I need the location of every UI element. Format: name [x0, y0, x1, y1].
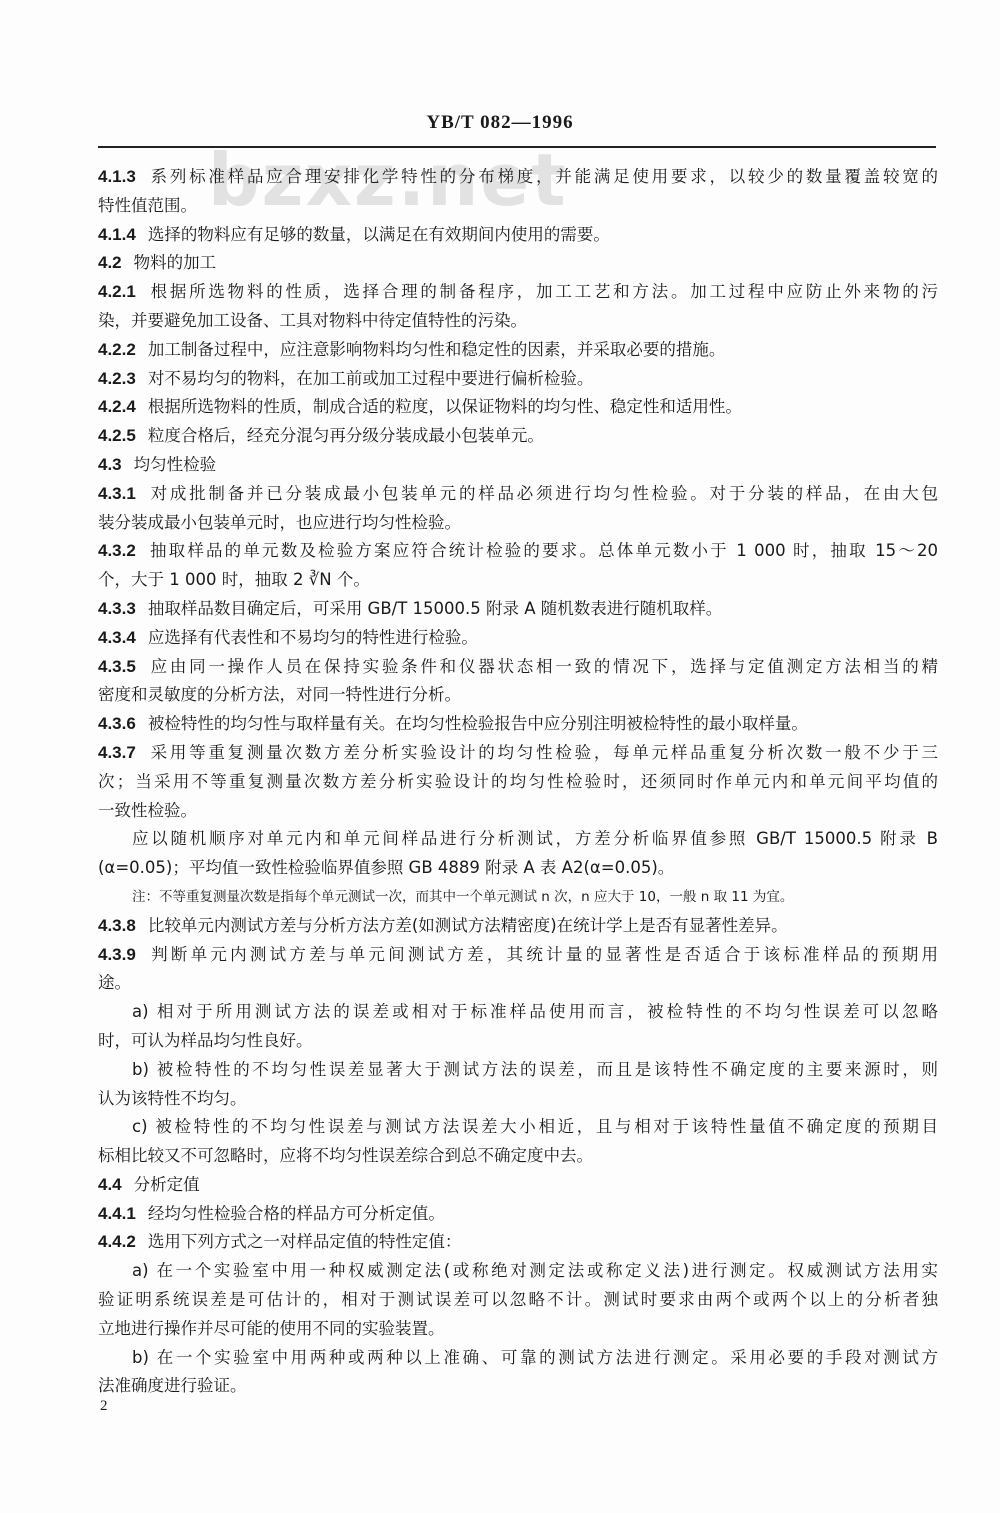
note-line: 注：不等重复测量次数是指每个单元测试一次，而其中一个单元测试 n 次，n 应大于… [98, 883, 938, 912]
clause-line: 4.1.4选择的物料应有足够的数量，以满足在有效期间内使用的需要。 [98, 221, 938, 250]
clause-line: 4.3.4应选择有代表性和不易均匀的特性进行检验。 [98, 624, 938, 653]
clause-line: 4.3.9判断单元内测试方差与单元间测试方差，其统计量的显著性是否适合于该标准样… [98, 941, 938, 970]
clause-number: 4.2.3 [98, 365, 136, 394]
text-line: 次；当采用不等重复测量次数方差分析实验设计的均匀性检验时，还须同时作单元内和单元… [98, 768, 938, 797]
clause-number: 4.3.3 [98, 595, 136, 624]
clause-line: 4.3.6被检特性的均匀性与取样量有关。在均匀性检验报告中应分别注明被检特性的最… [98, 710, 938, 739]
text-line: 密度和灵敏度的分析方法，对同一特性进行分析。 [98, 681, 938, 710]
clause-text: b) 在一个实验室中用两种或两种以上准确、可靠的测试方法进行测定。采用必要的手段… [132, 1348, 938, 1367]
clause-text: 物料的加工 [134, 253, 217, 272]
clause-number: 4.2.1 [98, 278, 136, 307]
clause-line: 4.3.1对成批制备并已分装成最小包装单元的样品必须进行均匀性检验。对于分装的样… [98, 480, 938, 509]
clause-line: 4.4.1经均匀性检验合格的样品方可分析定值。 [98, 1200, 938, 1229]
clause-text: 抽取样品的单元数及检验方案应符合统计检验的要求。总体单元数小于 1 000 时，… [148, 541, 938, 560]
clause-line: 4.4分析定值 [98, 1171, 938, 1200]
clause-line: 4.2.1根据所选物料的性质，选择合理的制备程序，加工工艺和方法。加工过程中应防… [98, 278, 938, 307]
clause-number: 4.2.4 [98, 393, 136, 422]
clause-number: 4.3 [98, 451, 122, 480]
text-line: 个，大于 1 000 时，抽取 2 ∛N 个。 [98, 566, 938, 595]
text-line: 认为该特性不均匀。 [98, 1085, 938, 1114]
clause-line: 4.2.3对不易均匀的物料，在加工前或加工过程中要进行偏析检验。 [98, 365, 938, 394]
clause-text: 粒度合格后，经充分混匀再分级分装成最小包装单元。 [148, 426, 544, 445]
clause-text: a) 相对于所用测试方法的误差或相对于标准样品使用而言，被检特性的不均匀性误差可… [132, 1002, 938, 1021]
clause-line: 4.3.5应由同一操作人员在保持实验条件和仪器状态相一致的情况下，选择与定值测定… [98, 653, 938, 682]
text-line: b) 在一个实验室中用两种或两种以上准确、可靠的测试方法进行测定。采用必要的手段… [98, 1344, 938, 1373]
text-line: 验证明系统误差是可估计的，相对于测试误差可以忽略不计。测试时要求由两个或两个以上… [98, 1286, 938, 1315]
clause-text: 根据所选物料的性质，制成合适的粒度，以保证物料的均匀性、稳定性和适用性。 [148, 397, 742, 416]
clause-line: 4.2.2加工制备过程中，应注意影响物料均匀性和稳定性的因素，并采取必要的措施。 [98, 336, 938, 365]
clause-number: 4.2.5 [98, 422, 136, 451]
clause-text: b) 被检特性的不均匀性误差显著大于测试方法的误差，而且是该特性不确定度的主要来… [132, 1060, 938, 1079]
text-line: c) 被检特性的不均匀性误差与测试方法误差大小相近，且与相对于该特性量值不确定度… [98, 1113, 938, 1142]
text-line: a) 在一个实验室中用一种权威测定法(或称绝对测定法或称定义法)进行测定。权威测… [98, 1257, 938, 1286]
clause-text: 分析定值 [134, 1175, 200, 1194]
clause-text: 认为该特性不均匀。 [98, 1089, 247, 1108]
clause-number: 4.3.5 [98, 653, 136, 682]
clause-line: 4.3.3抽取样品数目确定后，可采用 GB/T 15000.5 附录 A 随机数… [98, 595, 938, 624]
text-line: b) 被检特性的不均匀性误差显著大于测试方法的误差，而且是该特性不确定度的主要来… [98, 1056, 938, 1085]
clause-number: 4.3.9 [98, 941, 136, 970]
clause-text: 染，并要避免加工设备、工具对物料中待定值特性的污染。 [98, 311, 527, 330]
standard-code-header: YB/T 082—1996 [0, 112, 1000, 134]
clause-text: 根据所选物料的性质，选择合理的制备程序，加工工艺和方法。加工过程中应防止外来物的… [148, 282, 938, 301]
clause-text: 时，可认为样品均匀性良好。 [98, 1031, 313, 1050]
clause-text: 装分装成最小包装单元时，也应进行均匀性检验。 [98, 513, 461, 532]
clause-number: 4.1.4 [98, 221, 136, 250]
clause-text: 应由同一操作人员在保持实验条件和仪器状态相一致的情况下，选择与定值测定方法相当的… [148, 657, 938, 676]
text-line: 时，可认为样品均匀性良好。 [98, 1027, 938, 1056]
clause-number: 4.4.1 [98, 1200, 136, 1229]
clause-number: 4.4 [98, 1171, 122, 1200]
clause-text: (α=0.05)；平均值一致性检验临界值参照 GB 4889 附录 A 表 A2… [98, 858, 674, 877]
clause-text: 被检特性的均匀性与取样量有关。在均匀性检验报告中应分别注明被检特性的最小取样量。 [148, 714, 808, 733]
clause-text: 次；当采用不等重复测量次数方差分析实验设计的均匀性检验时，还须同时作单元内和单元… [98, 772, 938, 791]
text-line: 染，并要避免加工设备、工具对物料中待定值特性的污染。 [98, 307, 938, 336]
text-line: 一致性检验。 [98, 797, 938, 826]
document-body: 4.1.3系列标准样品应合理安排化学特性的分布梯度，并能满足使用要求，以较少的数… [98, 163, 938, 1401]
clause-line: 4.3.7采用等重复测量次数方差分析实验设计的均匀性检验，每单元样品重复分析次数… [98, 739, 938, 768]
clause-number: 4.3.7 [98, 739, 136, 768]
clause-text: 选用下列方式之一对样品定值的特性定值： [148, 1232, 462, 1251]
text-line: a) 相对于所用测试方法的误差或相对于标准样品使用而言，被检特性的不均匀性误差可… [98, 998, 938, 1027]
text-line: (α=0.05)；平均值一致性检验临界值参照 GB 4889 附录 A 表 A2… [98, 854, 938, 883]
text-line: 法准确度进行验证。 [98, 1372, 938, 1401]
clause-number: 4.3.1 [98, 480, 136, 509]
text-line: 装分装成最小包装单元时，也应进行均匀性检验。 [98, 509, 938, 538]
clause-text: 系列标准样品应合理安排化学特性的分布梯度，并能满足使用要求，以较少的数量覆盖较宽… [148, 167, 938, 186]
clause-text: 判断单元内测试方差与单元间测试方差，其统计量的显著性是否适合于该标准样品的预期用 [148, 945, 938, 964]
clause-number: 4.2 [98, 249, 122, 278]
clause-text: 验证明系统误差是可估计的，相对于测试误差可以忽略不计。测试时要求由两个或两个以上… [98, 1290, 938, 1309]
clause-text: 加工制备过程中，应注意影响物料均匀性和稳定性的因素，并采取必要的措施。 [148, 340, 726, 359]
clause-line: 4.2物料的加工 [98, 249, 938, 278]
clause-text: 一致性检验。 [98, 801, 197, 820]
clause-text: 比较单元内测试方差与分析方法方差(如测试方法精密度)在统计学上是否有显著性差异。 [148, 916, 788, 935]
text-line: 特性值范围。 [98, 192, 938, 221]
clause-number: 4.1.3 [98, 163, 136, 192]
clause-text: 经均匀性检验合格的样品方可分析定值。 [148, 1204, 445, 1223]
clause-line: 4.2.4根据所选物料的性质，制成合适的粒度，以保证物料的均匀性、稳定性和适用性… [98, 393, 938, 422]
clause-text: 法准确度进行验证。 [98, 1376, 247, 1395]
clause-number: 4.3.2 [98, 537, 136, 566]
clause-line: 4.3均匀性检验 [98, 451, 938, 480]
clause-line: 4.3.2抽取样品的单元数及检验方案应符合统计检验的要求。总体单元数小于 1 0… [98, 537, 938, 566]
clause-text: 采用等重复测量次数方差分析实验设计的均匀性检验，每单元样品重复分析次数一般不少于… [148, 743, 938, 762]
clause-text: 途。 [98, 973, 131, 992]
clause-number: 4.3.6 [98, 710, 136, 739]
clause-line: 4.3.8比较单元内测试方差与分析方法方差(如测试方法精密度)在统计学上是否有显… [98, 912, 938, 941]
clause-text: 均匀性检验 [134, 455, 217, 474]
clause-text: 选择的物料应有足够的数量，以满足在有效期间内使用的需要。 [148, 225, 610, 244]
clause-text: 密度和灵敏度的分析方法，对同一特性进行分析。 [98, 685, 461, 704]
clause-number: 4.2.2 [98, 336, 136, 365]
clause-text: 标相比较又不可忽略时，应将不均匀性误差综合到总不确定度中去。 [98, 1146, 593, 1165]
clause-line: 4.1.3系列标准样品应合理安排化学特性的分布梯度，并能满足使用要求，以较少的数… [98, 163, 938, 192]
document-page: bzxz.net YB/T 082—1996 4.1.3系列标准样品应合理安排化… [0, 0, 1000, 1513]
text-line: 应以随机顺序对单元内和单元间样品进行分析测试，方差分析临界值参照 GB/T 15… [98, 825, 938, 854]
header-rule [98, 146, 936, 148]
text-line: 标相比较又不可忽略时，应将不均匀性误差综合到总不确定度中去。 [98, 1142, 938, 1171]
clause-text: 应选择有代表性和不易均匀的特性进行检验。 [148, 628, 478, 647]
clause-text: 对不易均匀的物料，在加工前或加工过程中要进行偏析检验。 [148, 369, 594, 388]
clause-text: 个，大于 1 000 时，抽取 2 ∛N 个。 [98, 570, 370, 589]
clause-text: 抽取样品数目确定后，可采用 GB/T 15000.5 附录 A 随机数表进行随机… [148, 599, 723, 618]
clause-text: 立地进行操作并尽可能的使用不同的实验装置。 [98, 1319, 445, 1338]
clause-line: 4.4.2选用下列方式之一对样品定值的特性定值： [98, 1228, 938, 1257]
clause-number: 4.3.4 [98, 624, 136, 653]
clause-text: 注：不等重复测量次数是指每个单元测试一次，而其中一个单元测试 n 次，n 应大于… [132, 889, 793, 905]
clause-number: 4.4.2 [98, 1228, 136, 1257]
clause-text: a) 在一个实验室中用一种权威测定法(或称绝对测定法或称定义法)进行测定。权威测… [132, 1261, 938, 1280]
clause-text: 对成批制备并已分装成最小包装单元的样品必须进行均匀性检验。对于分装的样品，在由大… [148, 484, 938, 503]
text-line: 立地进行操作并尽可能的使用不同的实验装置。 [98, 1315, 938, 1344]
clause-text: 特性值范围。 [98, 196, 197, 215]
text-line: 途。 [98, 969, 938, 998]
clause-text: c) 被检特性的不均匀性误差与测试方法误差大小相近，且与相对于该特性量值不确定度… [132, 1117, 938, 1136]
clause-number: 4.3.8 [98, 912, 136, 941]
clause-line: 4.2.5粒度合格后，经充分混匀再分级分装成最小包装单元。 [98, 422, 938, 451]
clause-text: 应以随机顺序对单元内和单元间样品进行分析测试，方差分析临界值参照 GB/T 15… [132, 829, 938, 848]
